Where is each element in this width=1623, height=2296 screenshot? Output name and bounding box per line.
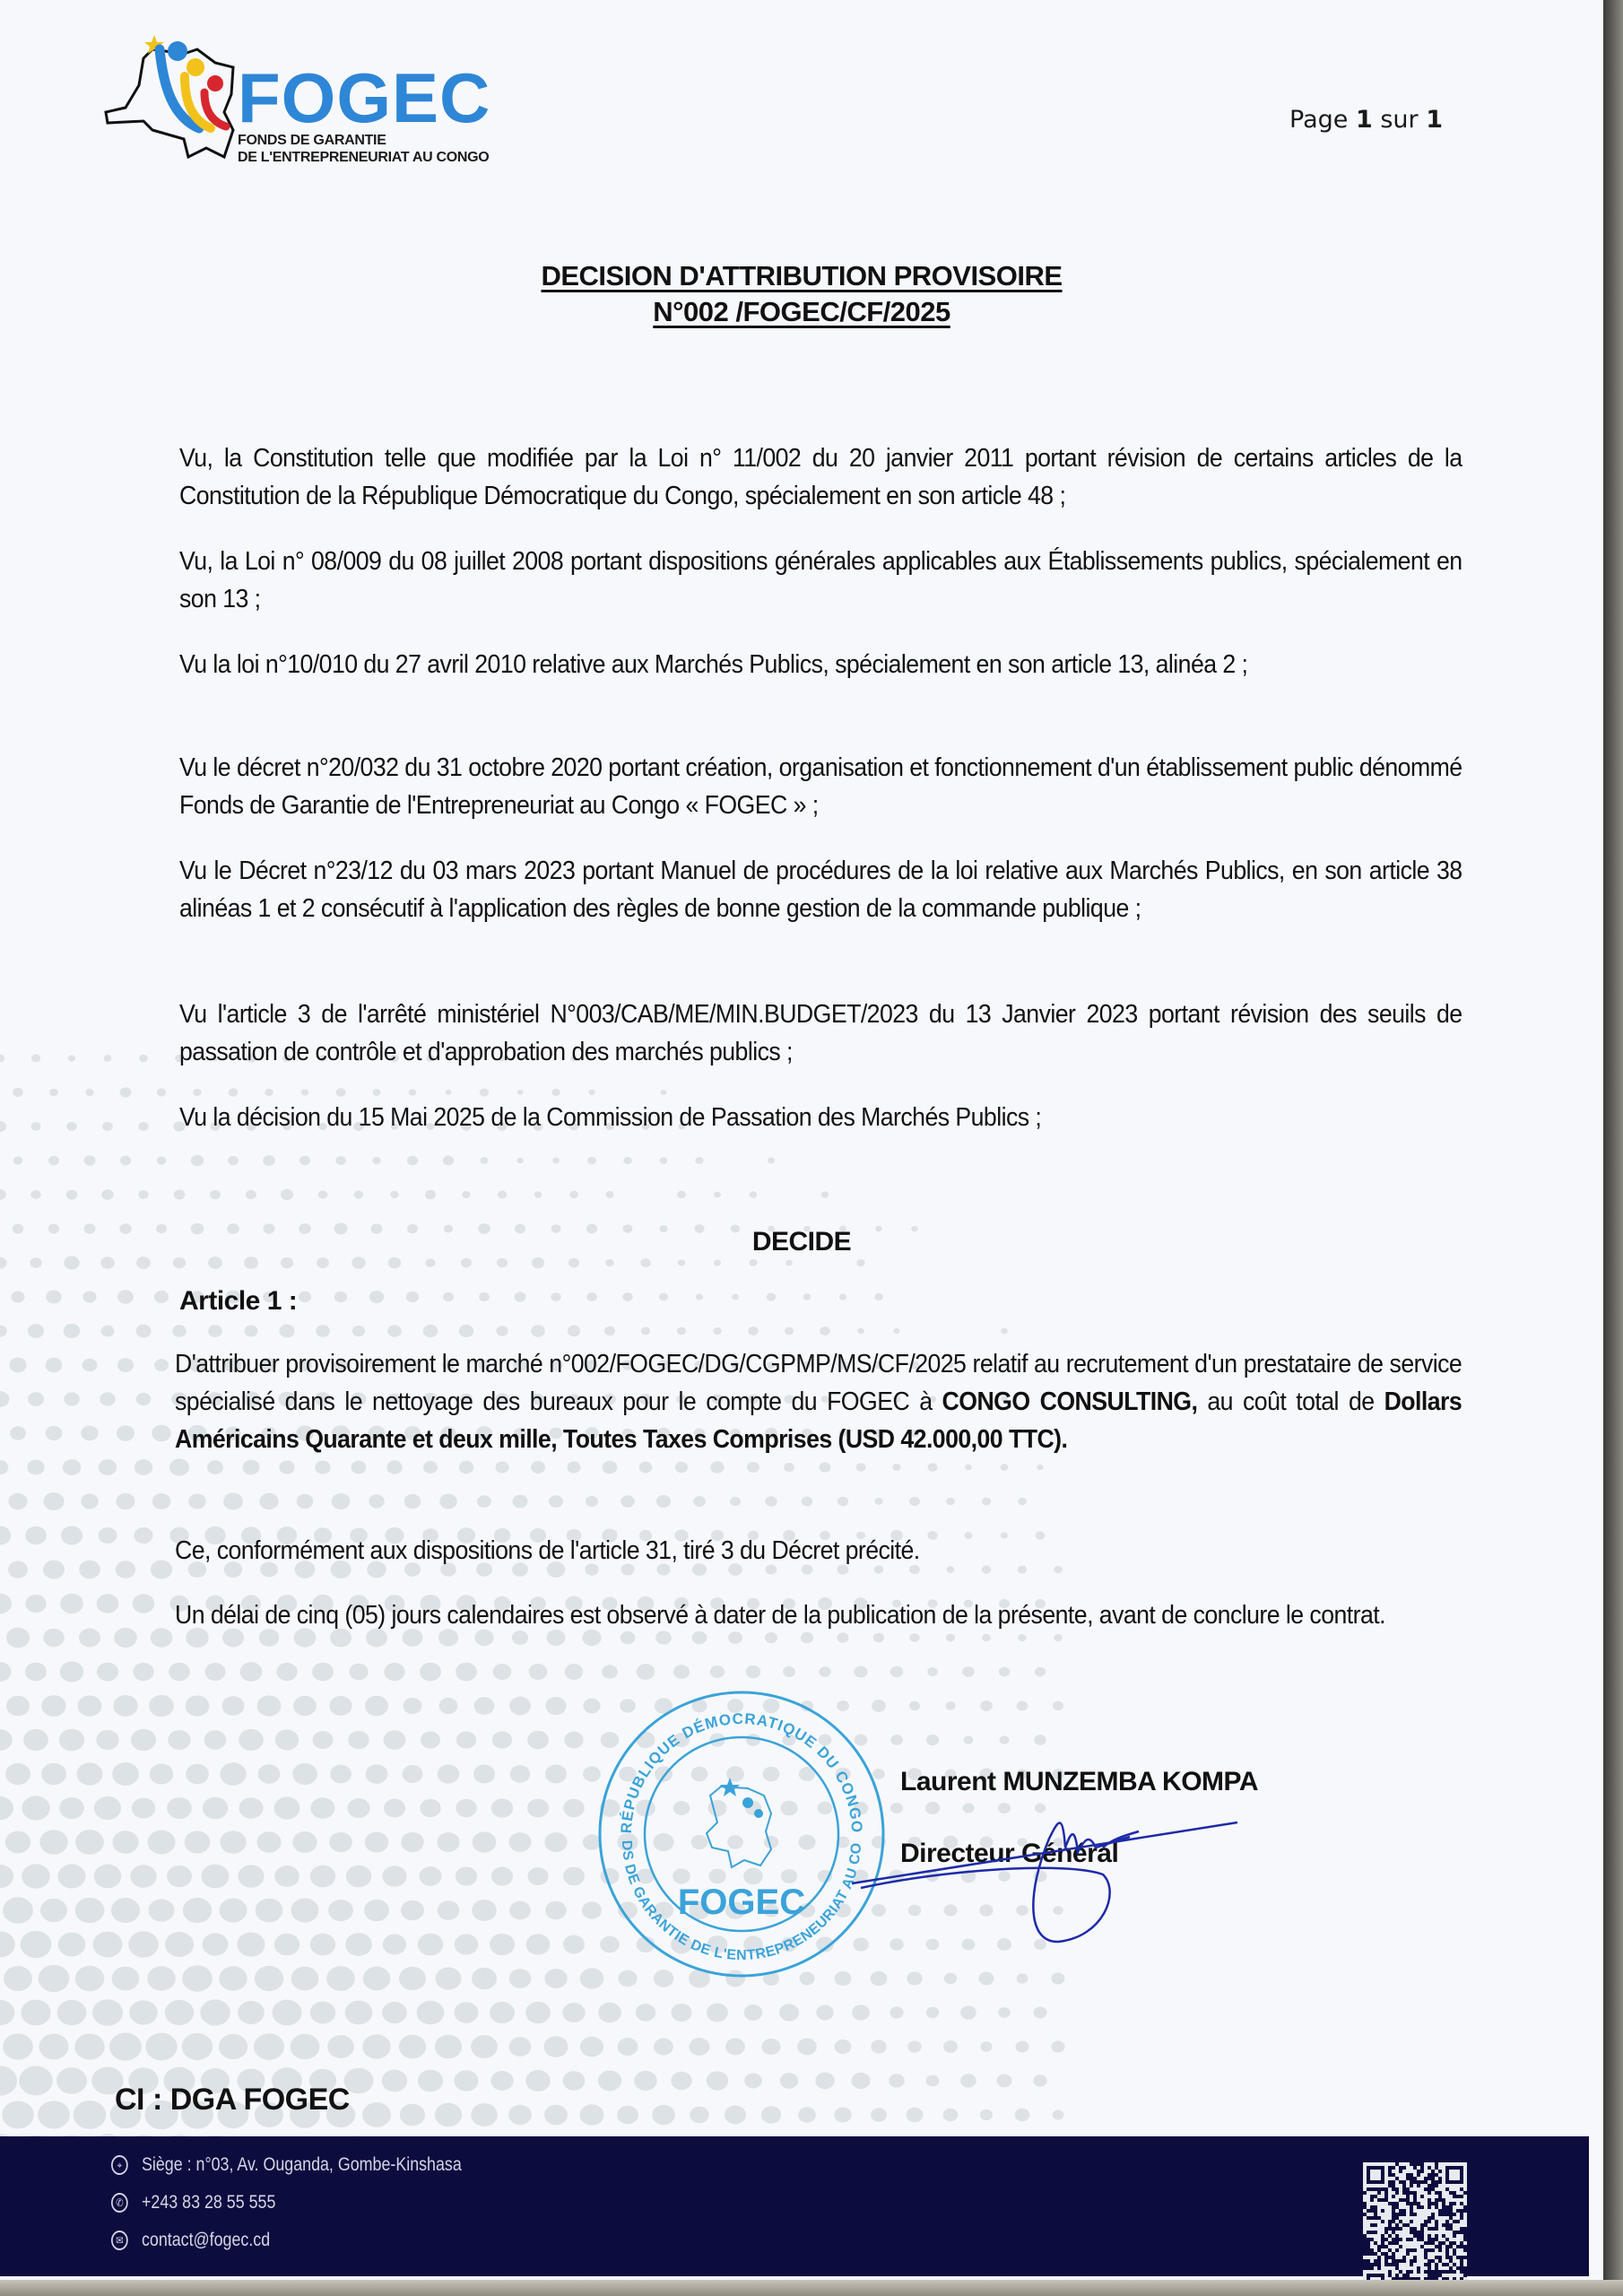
document-title: DECISION D'ATTRIBUTION PROVISOIRE — [0, 260, 1603, 292]
scan-edge-bottom — [0, 2280, 1623, 2296]
qr-code[interactable] — [1363, 2161, 1467, 2280]
footer-address: ⌖ Siège : n°03, Av. Ouganda, Gombe-Kinsh… — [111, 2154, 462, 2176]
consideration-5: Vu le Décret n°23/12 du 03 mars 2023 por… — [179, 852, 1462, 927]
logo-subtitle-line1: FONDS DE GARANTIE — [238, 132, 489, 149]
page-middle: sur — [1373, 106, 1426, 134]
footer-phone-text: +243 83 28 55 555 — [142, 2192, 275, 2213]
consideration-4: Vu le décret n°20/032 du 31 octobre 2020… — [179, 749, 1462, 824]
copy-recipient: CI : DGA FOGEC — [115, 2083, 350, 2118]
footer-phone: ✆ +243 83 28 55 555 — [111, 2192, 275, 2213]
mail-icon: ✉ — [111, 2231, 128, 2250]
article-1-text: D'attribuer provisoirement le marché n°0… — [175, 1345, 1462, 1458]
decide-heading: DECIDE — [0, 1227, 1603, 1257]
logo-subtitle-line2: DE L'ENTREPRENEURIAT AU CONGO — [238, 149, 489, 166]
conformity-paragraph: Ce, conformément aux dispositions de l'a… — [175, 1532, 1462, 1570]
page-total: 1 — [1426, 106, 1443, 134]
document-page: FOGEC FONDS DE GARANTIE DE L'ENTREPRENEU… — [0, 0, 1603, 2280]
scan-edge-right — [1603, 0, 1623, 2296]
location-pin-icon: ⌖ — [111, 2155, 128, 2175]
logo-subtitle: FONDS DE GARANTIE DE L'ENTREPRENEURIAT A… — [238, 132, 489, 166]
page-prefix: Page — [1289, 106, 1356, 134]
consideration-2: Vu, la Loi n° 08/009 du 08 juillet 2008 … — [179, 543, 1462, 618]
handwritten-signature — [834, 1785, 1246, 1946]
footer-email-text[interactable]: contact@fogec.cd — [142, 2230, 270, 2251]
footer-band: ⌖ Siège : n°03, Av. Ouganda, Gombe-Kinsh… — [0, 2136, 1589, 2276]
consideration-3: Vu la loi n°10/010 du 27 avril 2010 rela… — [179, 646, 1462, 683]
consideration-6: Vu l'article 3 de l'arrêté ministériel N… — [179, 996, 1462, 1071]
footer-email[interactable]: ✉ contact@fogec.cd — [111, 2230, 270, 2251]
page-indicator: Page 1 sur 1 — [1289, 106, 1443, 134]
page-current: 1 — [1356, 106, 1373, 134]
fogec-logo: FOGEC FONDS DE GARANTIE DE L'ENTREPRENEU… — [99, 22, 493, 175]
footer-address-text: Siège : n°03, Av. Ouganda, Gombe-Kinshas… — [142, 2154, 462, 2176]
svg-text:FOGEC: FOGEC — [678, 1883, 805, 1922]
drc-map-people-icon — [99, 22, 242, 175]
document-number: N°002 /FOGEC/CF/2025 — [0, 296, 1603, 328]
consideration-1: Vu, la Constitution telle que modifiée p… — [179, 439, 1462, 515]
awardee-name: CONGO CONSULTING, — [942, 1387, 1198, 1416]
article-text-part2: au coût total de — [1197, 1387, 1384, 1416]
svg-text:RÉPUBLIQUE DÉMOCRATIQUE DU CON: RÉPUBLIQUE DÉMOCRATIQUE DU CONGO — [618, 1710, 865, 1834]
delay-paragraph: Un délai de cinq (05) jours calendaires … — [175, 1596, 1462, 1634]
logo-wordmark: FOGEC — [238, 63, 490, 133]
consideration-7: Vu la décision du 15 Mai 2025 de la Comm… — [179, 1099, 1462, 1136]
phone-icon: ✆ — [111, 2193, 128, 2213]
article-1-label: Article 1 : — [179, 1286, 297, 1317]
